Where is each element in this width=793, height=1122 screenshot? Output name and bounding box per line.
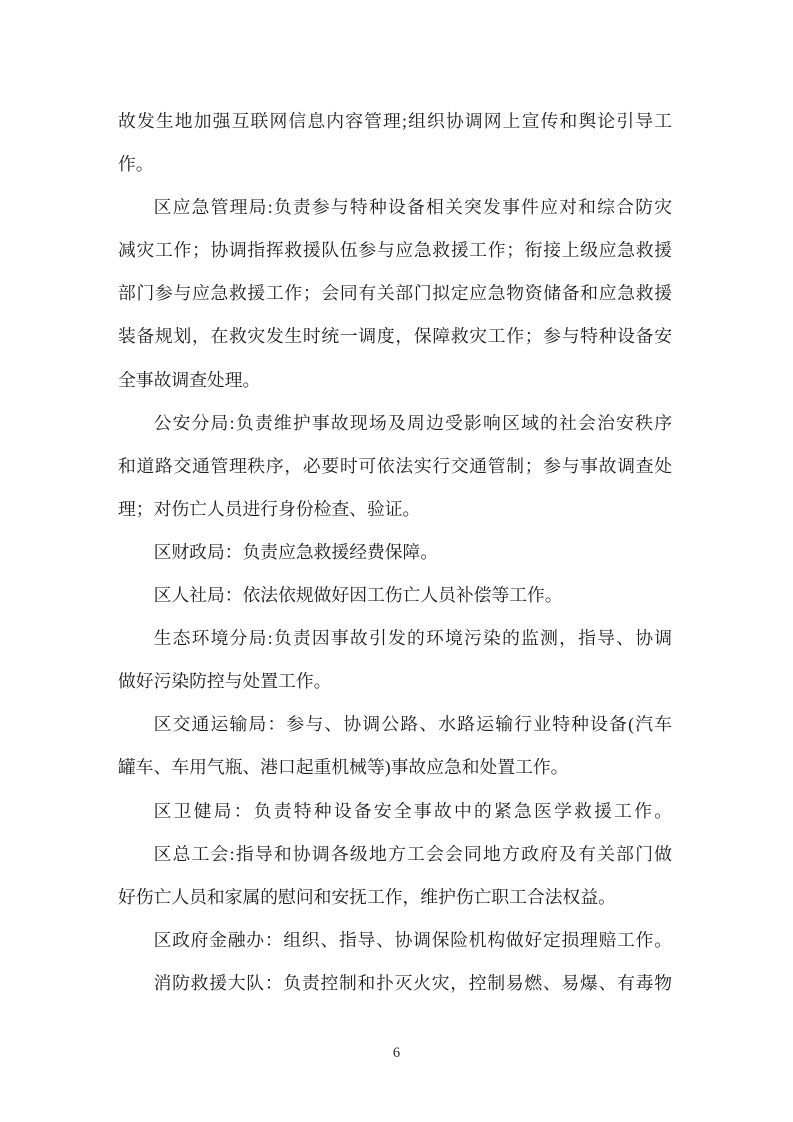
text-line: 区财政局：负责应急救援经费保障。 xyxy=(118,531,672,574)
text-line: 好伤亡人员和家属的慰问和安抚工作，维护伤亡职工合法权益。 xyxy=(118,876,672,919)
text-line: 装备规划，在救灾发生时统一调度，保障救灾工作；参与特种设备安 xyxy=(118,315,672,358)
text-line: 区人社局：依法依规做好因工伤亡人员补偿等工作。 xyxy=(118,574,672,617)
text-line: 区政府金融办：组织、指导、协调保险机构做好定损理赔工作。 xyxy=(118,919,672,962)
text-line: 做好污染防控与处置工作。 xyxy=(118,660,672,703)
text-line: 区交通运输局：参与、协调公路、水路运输行业特种设备(汽车 xyxy=(118,703,672,746)
text-line: 生态环境分局:负责因事故引发的环境污染的监测，指导、协调 xyxy=(118,617,672,660)
page-number: 6 xyxy=(393,1045,400,1061)
text-line: 部门参与应急救援工作；会同有关部门拟定应急物资储备和应急救援 xyxy=(118,272,672,315)
text-line: 全事故调查处理。 xyxy=(118,359,672,402)
text-line: 区总工会:指导和协调各级地方工会会同地方政府及有关部门做 xyxy=(118,833,672,876)
text-line: 消防救援大队：负责控制和扑灭火灾，控制易燃、易爆、有毒物 xyxy=(118,962,672,1005)
text-line: 区应急管理局:负责参与特种设备相关突发事件应对和综合防灾 xyxy=(118,186,672,229)
document-page: 故发生地加强互联网信息内容管理;组织协调网上宣传和舆论引导工 作。 区应急管理局… xyxy=(0,0,793,1122)
text-line: 减灾工作；协调指挥救援队伍参与应急救援工作；衔接上级应急救援 xyxy=(118,229,672,272)
text-line: 作。 xyxy=(118,143,672,186)
text-line: 故发生地加强互联网信息内容管理;组织协调网上宣传和舆论引导工 xyxy=(118,100,672,143)
text-line: 理；对伤亡人员进行身份检查、验证。 xyxy=(118,488,672,531)
page-footer: 6 xyxy=(0,1044,793,1062)
text-line: 区卫健局：负责特种设备安全事故中的紧急医学救援工作。 xyxy=(118,790,672,833)
text-line: 公安分局:负责维护事故现场及周边受影响区域的社会治安秩序 xyxy=(118,402,672,445)
text-line: 罐车、车用气瓶、港口起重机械等)事故应急和处置工作。 xyxy=(118,746,672,789)
text-line: 和道路交通管理秩序，必要时可依法实行交通管制；参与事故调查处 xyxy=(118,445,672,488)
document-body: 故发生地加强互联网信息内容管理;组织协调网上宣传和舆论引导工 作。 区应急管理局… xyxy=(118,100,672,1005)
